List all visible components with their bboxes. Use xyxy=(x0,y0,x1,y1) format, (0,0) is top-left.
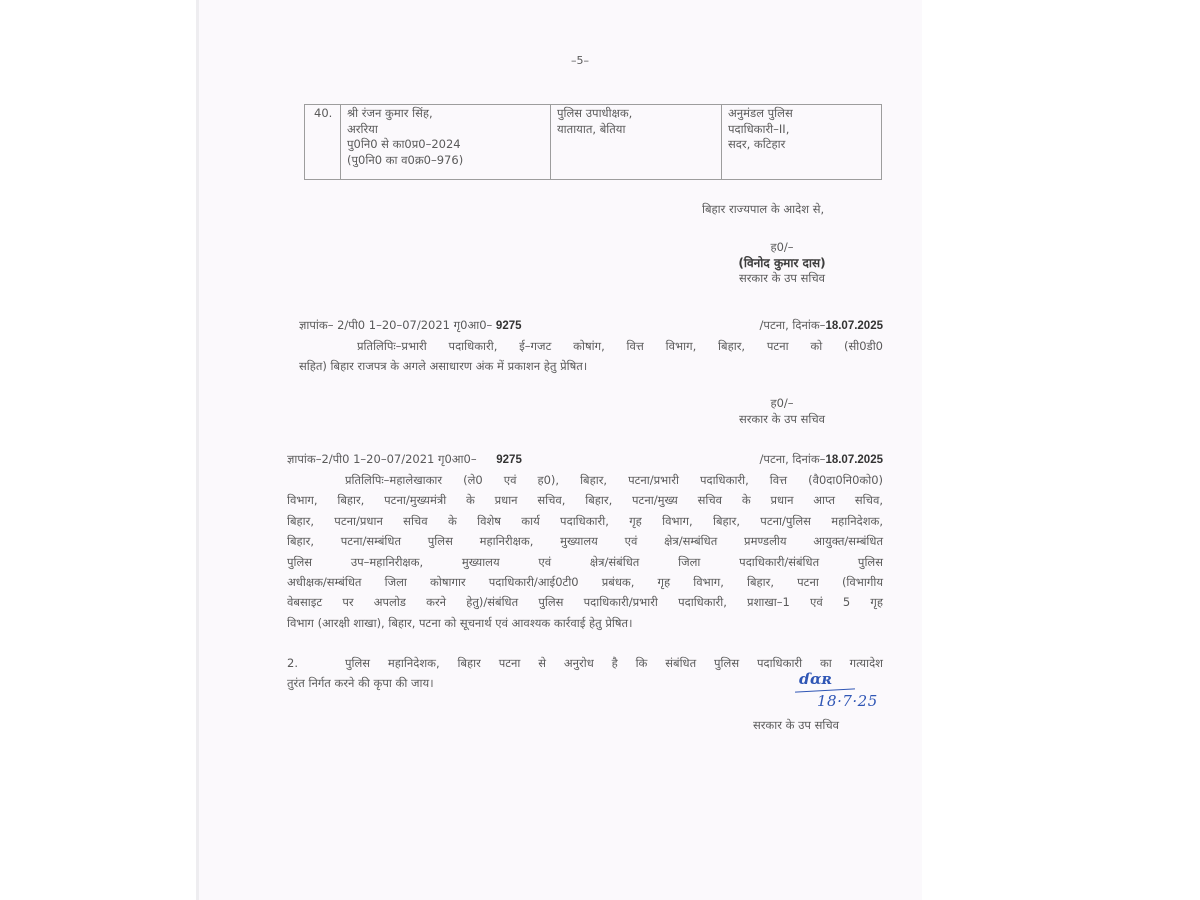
memo-2-place-date-prefix: /पटना, दिनांक– xyxy=(760,452,826,466)
table-cell-new-post: अनुमंडल पुलिस पदाधिकारी–II, सदर, कटिहार xyxy=(722,105,881,179)
new-post-line: सदर, कटिहार xyxy=(728,137,875,153)
memo-2-ref-prefix: ज्ञापांक–2/पी0 1–20–07/2021 गृ0आ0– xyxy=(287,452,477,466)
signature-block-3: सरकार के उप सचिव xyxy=(726,718,866,732)
memo-1-ref-prefix: ज्ञापांक– 2/पी0 1–20–07/2021 गृ0आ0– xyxy=(299,318,492,332)
memo-2-date: /पटना, दिनांक–18.07.2025 xyxy=(760,452,883,467)
signatory-designation: सरकार के उप सचिव xyxy=(712,271,852,286)
memo-2-body-line: पुलिस उप–महानिरीक्षक, मुख्यालय एवं क्षेत… xyxy=(287,552,883,572)
signature-block-1: ह0/– (विनोद कुमार दास) सरकार के उप सचिव xyxy=(712,238,852,286)
memo-1-ref: ज्ञापांक– 2/पी0 1–20–07/2021 गृ0आ0– 9275 xyxy=(299,318,522,333)
signature-initials: ɗɑʀ xyxy=(799,670,832,688)
signatory-designation: सरकार के उप सचिव xyxy=(712,412,852,427)
memo-1-body-line: प्रतिलिपिः–प्रभारी पदाधिकारी, ई–गजट कोषा… xyxy=(299,336,883,356)
memo-1-date-value: 18.07.2025 xyxy=(825,320,883,332)
current-post-line: यातायात, बेतिया xyxy=(557,122,715,138)
memo-1-date: /पटना, दिनांक–18.07.2025 xyxy=(760,318,883,333)
memo-1-ref-number: 9275 xyxy=(496,320,522,332)
document-page: –5– 40. श्री रंजन कुमार सिंह, अररिया पु0… xyxy=(196,0,922,900)
current-post-line: पुलिस उपाधीक्षक, xyxy=(557,106,715,122)
signatory-designation: सरकार के उप सचिव xyxy=(726,718,866,732)
table-cell-officer-name: श्री रंजन कुमार सिंह, अररिया पु0नि0 से क… xyxy=(341,105,551,179)
memo-2-body-line: बिहार, पटना/प्रधान सचिव के विशेष कार्य प… xyxy=(287,511,883,531)
signed-mark: ह0/– xyxy=(712,238,852,256)
officer-name-line: पु0नि0 से का0प्र0–2024 xyxy=(347,137,544,153)
signature-block-2: ह0/– सरकार के उप सचिव xyxy=(712,394,852,427)
memo-1-reference-line: ज्ञापांक– 2/पी0 1–20–07/2021 गृ0आ0– 9275… xyxy=(299,318,883,333)
serial-number: 40. xyxy=(314,106,332,120)
memo-2-date-value: 18.07.2025 xyxy=(825,454,883,466)
table-cell-current-post: पुलिस उपाधीक्षक, यातायात, बेतिया xyxy=(551,105,722,179)
memo-2-body-line: वेबसाइट पर अपलोड करने हेतु)/संबंधित पुलि… xyxy=(287,592,883,612)
memo-2-body-line: अधीक्षक/सम्बंधित जिला कोषागार पदाधिकारी/… xyxy=(287,572,883,592)
new-post-line: पदाधिकारी–II, xyxy=(728,122,875,138)
officer-name-line: श्री रंजन कुमार सिंह, xyxy=(347,106,544,122)
new-post-line: अनुमंडल पुलिस xyxy=(728,106,875,122)
officer-name-line: (पु0नि0 का व0क्र0–976) xyxy=(347,153,544,169)
memo-1-body-line: सहित) बिहार राजपत्र के अगले असाधारण अंक … xyxy=(299,356,883,376)
memo-2-body-line: प्रतिलिपिः–महालेखाकार (ले0 एवं ह0), बिहा… xyxy=(287,470,883,490)
page-number: –5– xyxy=(571,54,589,67)
memo-2-body-line: बिहार, पटना/सम्बंधित पुलिस महानिरीक्षक, … xyxy=(287,531,883,551)
officer-name-line: अररिया xyxy=(347,122,544,138)
memo-2-ref-number: 9275 xyxy=(496,454,522,466)
memo-2-reference-line: ज्ञापांक–2/पी0 1–20–07/2021 गृ0आ0– 9275 … xyxy=(287,452,883,467)
signature-date: 18·7·25 xyxy=(817,692,878,710)
governor-order-line: बिहार राज्यपाल के आदेश से, xyxy=(702,202,824,216)
memo-1-body: प्रतिलिपिः–प्रभारी पदाधिकारी, ई–गजट कोषा… xyxy=(299,336,883,377)
memo-2-body-line: विभाग (आरक्षी शाखा), बिहार, पटना को सूचन… xyxy=(287,613,883,633)
memo-2-ref: ज्ञापांक–2/पी0 1–20–07/2021 गृ0आ0– 9275 xyxy=(287,452,522,467)
table-cell-serial: 40. xyxy=(305,105,341,179)
signed-mark: ह0/– xyxy=(712,394,852,412)
memo-1-place-date-prefix: /पटना, दिनांक– xyxy=(760,318,826,332)
memo-2-body-line: विभाग, बिहार, पटना/मुख्यमंत्री के प्रधान… xyxy=(287,490,883,510)
signatory-name: (विनोद कुमार दास) xyxy=(712,256,852,271)
memo-2-body: प्रतिलिपिः–महालेखाकार (ले0 एवं ह0), बिहा… xyxy=(287,470,883,633)
transfer-table: 40. श्री रंजन कुमार सिंह, अररिया पु0नि0 … xyxy=(304,104,882,180)
handwritten-signature: ɗɑʀ 18·7·25 xyxy=(793,670,873,718)
para-2-number: 2. xyxy=(287,653,298,673)
